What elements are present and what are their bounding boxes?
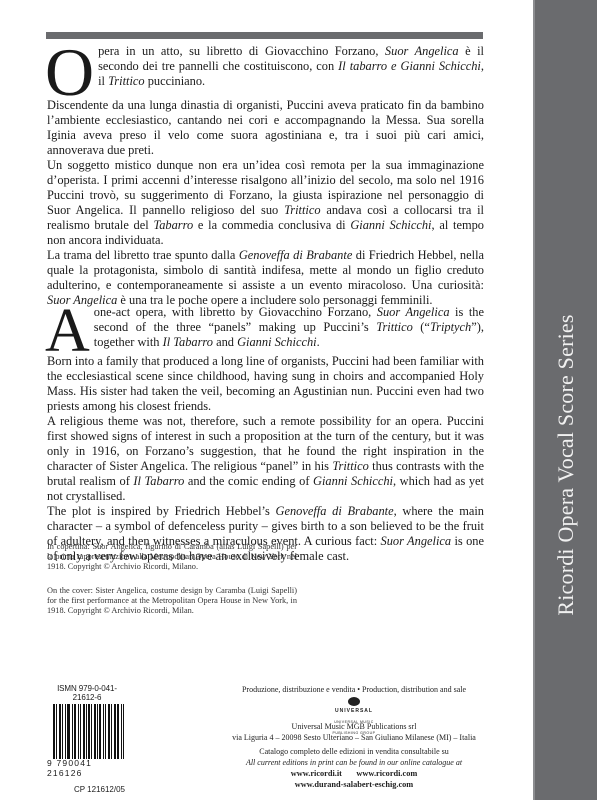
italian-paragraph-1: Opera in un atto, su libretto di Giovacc… — [47, 44, 484, 89]
barcode: ISMN 979-0-041-21612-6 9 790041 216126 C… — [47, 684, 127, 794]
cover-credit-italian: In copertina: Suor Angelica, figurino di… — [47, 542, 297, 573]
universal-logo: UNIVERSAL UNIVERSAL MUSIC PUBLISHING GRO… — [329, 697, 379, 719]
link-durand[interactable]: www.durand-salabert-eschig.com — [184, 779, 524, 790]
ismn-number: ISMN 979-0-041-21612-6 — [47, 684, 127, 702]
website-links: www.ricordi.it www.ricordi.com — [184, 768, 524, 779]
production-line: Produzione, distribuzione e vendita • Pr… — [184, 684, 524, 695]
publisher-info: Produzione, distribuzione e vendita • Pr… — [184, 684, 524, 790]
globe-icon — [348, 697, 360, 706]
header-bar — [46, 32, 483, 39]
english-paragraph-3: A religious theme was not, therefore, su… — [47, 414, 484, 504]
english-paragraph-1: A one-act opera, with libretto by Giovac… — [47, 305, 484, 350]
italian-paragraph-2: Discendente da una lunga dinastia di org… — [47, 98, 484, 158]
dropcap: O — [45, 46, 94, 98]
series-title: Ricordi Opera Vocal Score Series — [553, 314, 579, 615]
barcode-digits: 9 790041 216126 — [47, 758, 127, 778]
book-spine: Ricordi Opera Vocal Score Series — [533, 0, 597, 800]
barcode-bars — [47, 704, 127, 759]
link-ricordi-com[interactable]: www.ricordi.com — [356, 769, 417, 778]
catalog-number: CP 121612/05 — [47, 785, 127, 794]
cover-credit-english: On the cover: Sister Angelica, costume d… — [47, 586, 297, 617]
dropcap: A — [45, 308, 90, 354]
link-ricordi-it[interactable]: www.ricordi.it — [291, 769, 342, 778]
italian-paragraph-3: Un soggetto mistico dunque non era un’id… — [47, 158, 484, 248]
catalog-italian: Catalogo completo delle edizioni in vend… — [184, 746, 524, 757]
italian-paragraph-4: La trama del libretto trae spunto dalla … — [47, 248, 484, 308]
italian-text: Opera in un atto, su libretto di Giovacc… — [47, 44, 484, 308]
english-paragraph-2: Born into a family that produced a long … — [47, 354, 484, 414]
catalog-english: All current editions in print can be fou… — [184, 757, 524, 768]
english-text: A one-act opera, with libretto by Giovac… — [47, 305, 484, 564]
